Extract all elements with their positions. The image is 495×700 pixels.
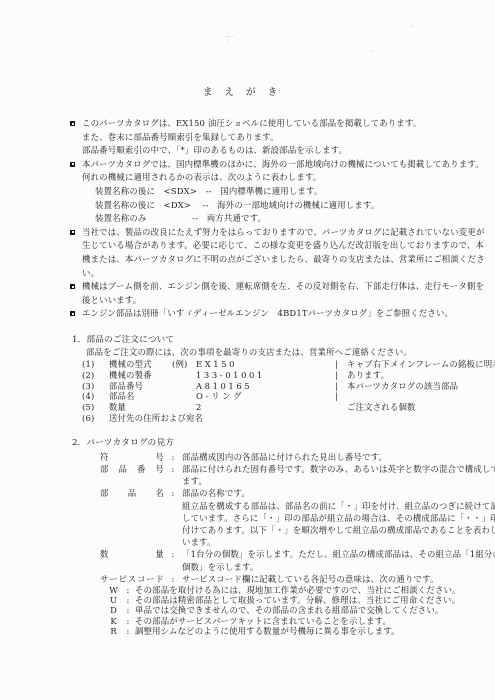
preface-bullet-1: このパーツカタログは、EX150 油圧ショベルに使用している部品を掲載してありま… — [68, 117, 460, 158]
order-item-list: (1) 機械の型式 (例) EX150 | キャブ右下メインフレームの銘板に明示… — [68, 359, 460, 424]
order-row-4: (4) 部品名 O-リング | — [68, 391, 460, 402]
term-label: 数量 — [100, 548, 164, 572]
colon-separator: : — [121, 585, 135, 595]
text-line: い。 — [82, 267, 485, 281]
order-row-2: (2) 機械の製番 133-01001 | あります。 — [68, 370, 460, 381]
colon-separator: : — [121, 616, 135, 626]
colon-separator: : — [121, 605, 135, 615]
text-line: 個数」を示します。 — [182, 561, 495, 573]
order-row-3: (3) 部品番号 A810165 | 本パーツカタログの該当部品 — [68, 381, 460, 392]
row-note: 本パーツカタログの該当部品 — [347, 381, 458, 392]
text-line: このパーツカタログは、EX150 油圧ショベルに使用している部品を掲載してありま… — [82, 117, 460, 131]
term-row-buhin-bango: 部品番号 : 部品に付けられた固有番号です。数字のみ、あるいは英字と数字の混合で… — [68, 463, 460, 487]
service-code-text: その部品を取付ける為には、現地加工作業が必要ですので、当社にご相談ください。 — [135, 585, 461, 595]
order-row-5: (5) 数量 2 ご注文される個数 — [68, 402, 460, 413]
divider-bar: | — [335, 381, 338, 392]
service-code-text: その部品は精密部品として取扱っています。分解、修理は、当社にご用命ください。 — [135, 595, 460, 605]
preface-bullet-2: 本パーツカタログでは、国内標準機のほかに、海外の一部地域向けの機械についても掲載… — [68, 158, 460, 226]
term-description: 部品に付けられた固有番号です。数字のみ、あるいは英字と数字の混合で構成してい ま… — [182, 463, 495, 487]
text-line: 装置名称のみ -- 両方共通です。 — [82, 212, 484, 226]
document-content: まえがき このパーツカタログは、EX150 油圧ショベルに使用している部品を掲載… — [68, 84, 460, 636]
service-code-letter: D — [106, 605, 121, 615]
service-code-text: その部品がサービスパーツキットに含まれていることを示します。 — [135, 616, 460, 626]
term-label: 部品番号 — [100, 463, 164, 487]
colon-separator: : — [121, 595, 135, 605]
preface-bullet-4: 機械はブーム側を前、エンジン側を後、運転席側を左、その反対側を右、下部走行体は、… — [68, 280, 460, 307]
row-value: 2 — [196, 402, 204, 413]
service-code-row-u: U : その部品は精密部品として取扱っています。分解、修理は、当社にご用命くださ… — [68, 595, 460, 605]
order-row-6: (6) 送付先の住所および宛名 — [68, 413, 460, 424]
text-line: 何れの機械に適用されるかの表示は、次のように表わします。 — [82, 171, 484, 185]
row-label: 部品番号 — [109, 381, 143, 392]
text-line: 付けてあります。以下「・」を順次増やして組立品の構成部品であることを表わして — [182, 524, 495, 536]
text-line: 当社では、製品の改良にたえず努力をはらっておりますので、パーツカタログに記載され… — [82, 226, 485, 240]
text-line: 「1台分の個数」を示します。ただし、組立品の構成部品は、その組立品「1組分の — [182, 548, 495, 560]
row-number: (6) — [82, 413, 106, 424]
row-label: 送付先の住所および宛名 — [109, 413, 203, 424]
row-number: (3) — [82, 381, 106, 392]
scan-artifact-cross-icon — [222, 30, 235, 43]
scan-speck — [370, 50, 373, 52]
service-code-row-d: D : 単品では交換できませんので、その部品の含まれる組部品で交換してください。 — [68, 605, 460, 615]
scan-speck — [410, 25, 413, 27]
term-label: 部品名 — [100, 487, 164, 548]
row-number: (1) — [82, 359, 106, 370]
text-line: 装置名称の後に <SDX> -- 国内標準機に適用します。 — [82, 185, 484, 199]
term-description: 部品の名称です。 組立品を構成する部品は、部品名の前に「・」印を付け、組立品のつ… — [182, 487, 495, 548]
term-description: 部品構成図内の各部品に付けられた見出し番号です。 — [182, 451, 460, 463]
term-label: 符号 — [100, 451, 164, 463]
service-code-letter: U — [106, 595, 121, 605]
text-line: しています。さらに「・」印の部品が組立品の場合は、その構成部品に「・・」印が — [182, 512, 495, 524]
term-description: サービスコード欄に記載している各記号の意味は、次の通りです。 — [182, 573, 460, 585]
text-line: また、巻末に部品番号順索引を集録してあります。 — [82, 131, 460, 145]
service-code-row-w: W : その部品を取付ける為には、現地加工作業が必要ですので、当社にご相談くださ… — [68, 585, 460, 595]
row-label: 機械の型式 — [109, 359, 152, 370]
row-note: キャブ右下メインフレームの銘板に明示して — [347, 359, 495, 370]
text-line: エンジン部品は別冊「いすゞディーゼルエンジン 4BD1Tパーツカタログ」をご参照… — [82, 307, 460, 321]
square-bullet-icon — [70, 284, 75, 289]
service-code-row-k: K : その部品がサービスパーツキットに含まれていることを示します。 — [68, 616, 460, 626]
row-value: 133-01001 — [196, 370, 265, 381]
colon-separator: : — [121, 626, 135, 636]
preface-bullet-5: エンジン部品は別冊「いすゞディーゼルエンジン 4BD1Tパーツカタログ」をご参照… — [68, 307, 460, 321]
colon-separator: : — [164, 487, 182, 548]
service-code-letter: K — [106, 616, 121, 626]
term-label: サービスコード — [100, 573, 164, 585]
scanned-document-page: まえがき このパーツカタログは、EX150 油圧ショベルに使用している部品を掲載… — [0, 0, 495, 700]
row-note: あります。 — [347, 370, 389, 381]
text-line: 部品構成図内の各部品に付けられた見出し番号です。 — [182, 451, 460, 463]
service-code-text: 単品では交換できませんので、その部品の含まれる組部品で交換してください。 — [135, 605, 460, 615]
text-line: 部品番号順索引の中で、「*」印のあるものは、新設部品を示します。 — [82, 144, 460, 158]
row-note: ご注文される個数 — [347, 402, 416, 413]
divider-bar: | — [335, 359, 338, 370]
service-code-text: 調整用シムなどのように使用する数量が号機毎に異る事を示します。 — [135, 626, 460, 636]
row-number: (2) — [82, 370, 106, 381]
text-line: います。 — [182, 536, 495, 548]
page-title: まえがき — [68, 84, 412, 98]
service-code-letter: W — [106, 585, 121, 595]
row-value: O-リング — [196, 391, 244, 402]
text-line: サービスコード欄に記載している各記号の意味は、次の通りです。 — [182, 573, 460, 585]
colon-separator: : — [164, 451, 182, 463]
term-description: 「1台分の個数」を示します。ただし、組立品の構成部品は、その組立品「1組分の 個… — [182, 548, 495, 572]
row-value: A810165 — [196, 381, 252, 392]
divider-bar: | — [335, 370, 338, 381]
colon-separator: : — [164, 573, 182, 585]
text-line: 装置名称の後に <DX> -- 海外の一部地域向けの機械に適用します。 — [82, 199, 484, 213]
divider-bar: | — [335, 391, 338, 402]
text-line: 機または、本パーツカタログに不明の点がございましたら、最寄りの支店または、営業所… — [82, 253, 485, 267]
text-line: 部品に付けられた固有番号です。数字のみ、あるいは英字と数字の混合で構成してい — [182, 463, 495, 475]
text-line: 部品の名称です。 — [182, 487, 495, 499]
row-label: 機械の製番 — [109, 370, 152, 381]
colon-separator: : — [164, 548, 182, 572]
row-example-prefix: (例) — [172, 359, 188, 370]
order-row-1: (1) 機械の型式 (例) EX150 | キャブ右下メインフレームの銘板に明示… — [68, 359, 460, 370]
term-row-fugo: 符号 : 部品構成図内の各部品に付けられた見出し番号です。 — [68, 451, 460, 463]
row-label: 数量 — [109, 402, 126, 413]
order-section-intro: 部品をご注文の際には、次の事項を最寄りの支店または、営業所へご連絡ください。 — [86, 346, 460, 358]
preface-bullet-3: 当社では、製品の改良にたえず努力をはらっておりますので、パーツカタログに記載され… — [68, 226, 460, 280]
service-code-row-r: R : 調整用シムなどのように使用する数量が号機毎に異る事を示します。 — [68, 626, 460, 636]
square-bullet-icon — [70, 311, 75, 316]
guide-section-heading: 2．パーツカタログの見方 — [72, 437, 460, 449]
colon-separator: : — [164, 463, 182, 487]
row-number: (5) — [82, 402, 106, 413]
term-row-suryo: 数量 : 「1台分の個数」を示します。ただし、組立品の構成部品は、その組立品「1… — [68, 548, 460, 572]
square-bullet-icon — [70, 230, 75, 235]
text-line: 機械はブーム側を前、エンジン側を後、運転席側を左、その反対側を右、下部走行体は、… — [82, 280, 484, 294]
text-line: 生じている場合があります。必要に応じて、この様な変更を盛り込んだ改訂版を出してお… — [82, 239, 485, 253]
term-definition-list: 符号 : 部品構成図内の各部品に付けられた見出し番号です。 部品番号 : 部品に… — [68, 451, 460, 585]
row-value: EX150 — [196, 359, 237, 370]
row-label: 部品名 — [109, 391, 135, 402]
square-bullet-icon — [70, 162, 75, 167]
row-number: (4) — [82, 391, 106, 402]
term-row-service-code: サービスコード : サービスコード欄に記載している各記号の意味は、次の通りです。 — [68, 573, 460, 585]
order-section-heading: 1．部品のご注文について — [72, 334, 460, 346]
square-bullet-icon — [70, 121, 75, 126]
text-line: ます。 — [182, 475, 495, 487]
text-line: 組立品を構成する部品は、部品名の前に「・」印を付け、組立品のつぎに続けて記載 — [182, 500, 495, 512]
text-line: 後といいます。 — [82, 294, 484, 308]
preface-bullet-list: このパーツカタログは、EX150 油圧ショベルに使用している部品を掲載してありま… — [68, 117, 460, 321]
term-row-buhin-mei: 部品名 : 部品の名称です。 組立品を構成する部品は、部品名の前に「・」印を付け… — [68, 487, 460, 548]
service-code-list: W : その部品を取付ける為には、現地加工作業が必要ですので、当社にご相談くださ… — [68, 585, 460, 636]
service-code-letter: R — [106, 626, 121, 636]
text-line: 本パーツカタログでは、国内標準機のほかに、海外の一部地域向けの機械についても掲載… — [82, 158, 484, 172]
